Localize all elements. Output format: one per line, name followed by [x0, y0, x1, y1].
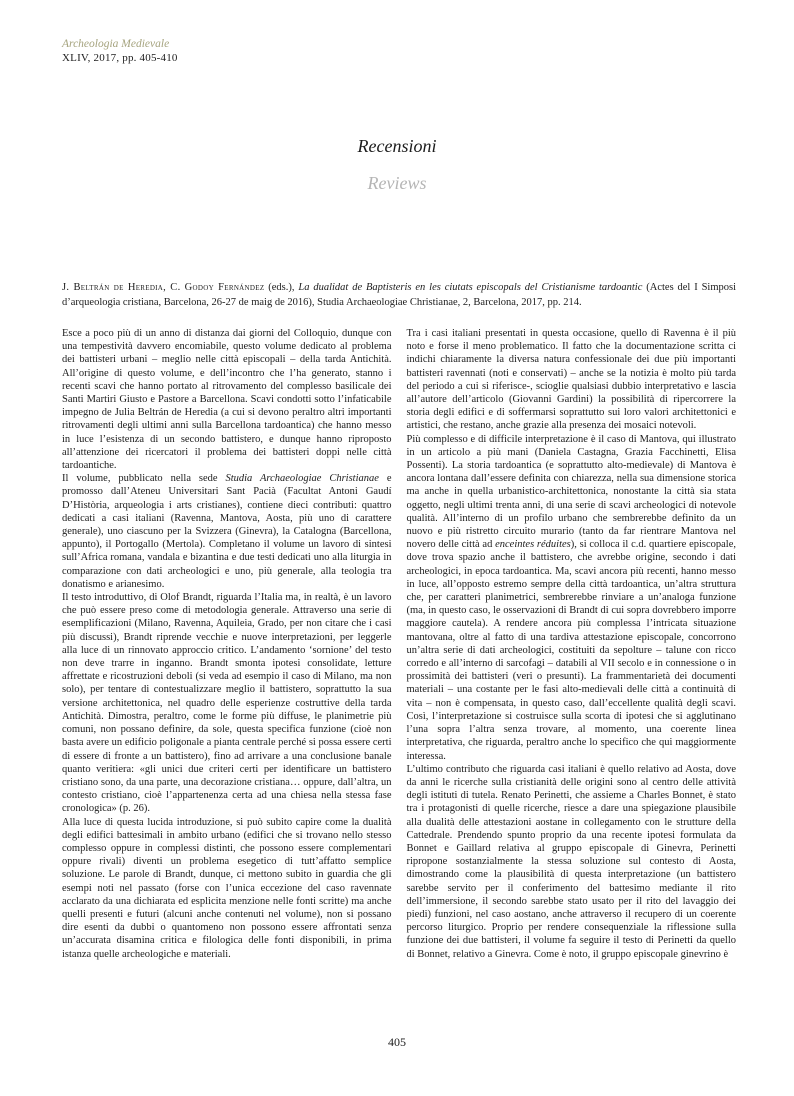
text-segment: Più complesso e di difficile interpretaz…: [407, 434, 737, 551]
book-citation: J. Beltrán de Heredia, C. Godoy Fernánde…: [62, 280, 736, 310]
text-segment: La dualidat de Baptisteris en les ciutat…: [298, 282, 642, 293]
paragraph: Il volume, pubblicato nella sede Studia …: [62, 472, 392, 591]
section-title-italian: Recensioni: [0, 136, 794, 157]
section-headings: Recensioni Reviews: [0, 136, 794, 194]
journal-title: Archeologia Medievale: [62, 37, 178, 51]
text-segment: ), si colloca il c.d. quartiere episcopa…: [407, 539, 737, 761]
text-segment: Tra i casi italiani presentati in questa…: [407, 328, 737, 431]
paragraph: Tra i casi italiani presentati in questa…: [407, 327, 737, 433]
text-segment: (eds.),: [264, 282, 298, 293]
text-segment: L’ultimo contributo che riguarda casi it…: [407, 764, 737, 960]
paragraph: Esce a poco più di un anno di distanza d…: [62, 327, 392, 472]
paragraph: Il testo introduttivo, di Olof Brandt, r…: [62, 591, 392, 815]
paragraph: Alla luce di questa lucida introduzione,…: [62, 816, 392, 961]
journal-page: Archeologia Medievale XLIV, 2017, pp. 40…: [0, 0, 794, 1096]
body-columns: Esce a poco più di un anno di distanza d…: [62, 327, 736, 961]
left-column: Esce a poco più di un anno di distanza d…: [62, 327, 392, 961]
text-segment: enceintes réduites: [495, 539, 571, 550]
text-segment: J. Beltrán de Heredia, C. Godoy Fernánde…: [62, 282, 264, 293]
text-segment: e promosso dall’Ateneu Universitari Sant…: [62, 473, 392, 590]
text-segment: Alla luce di questa lucida introduzione,…: [62, 817, 392, 960]
page-number: 405: [0, 1035, 794, 1050]
journal-issue-line: XLIV, 2017, pp. 405-410: [62, 51, 178, 65]
text-segment: Studia Archaeologiae Christianae: [225, 473, 378, 484]
paragraph: Più complesso e di difficile interpretaz…: [407, 433, 737, 763]
text-segment: Esce a poco più di un anno di distanza d…: [62, 328, 392, 471]
text-segment: Il testo introduttivo, di Olof Brandt, r…: [62, 592, 392, 814]
paragraph: L’ultimo contributo che riguarda casi it…: [407, 763, 737, 961]
text-segment: Il volume, pubblicato nella sede: [62, 473, 225, 484]
right-column: Tra i casi italiani presentati in questa…: [407, 327, 737, 961]
section-title-english: Reviews: [0, 173, 794, 194]
running-head: Archeologia Medievale XLIV, 2017, pp. 40…: [62, 37, 178, 65]
